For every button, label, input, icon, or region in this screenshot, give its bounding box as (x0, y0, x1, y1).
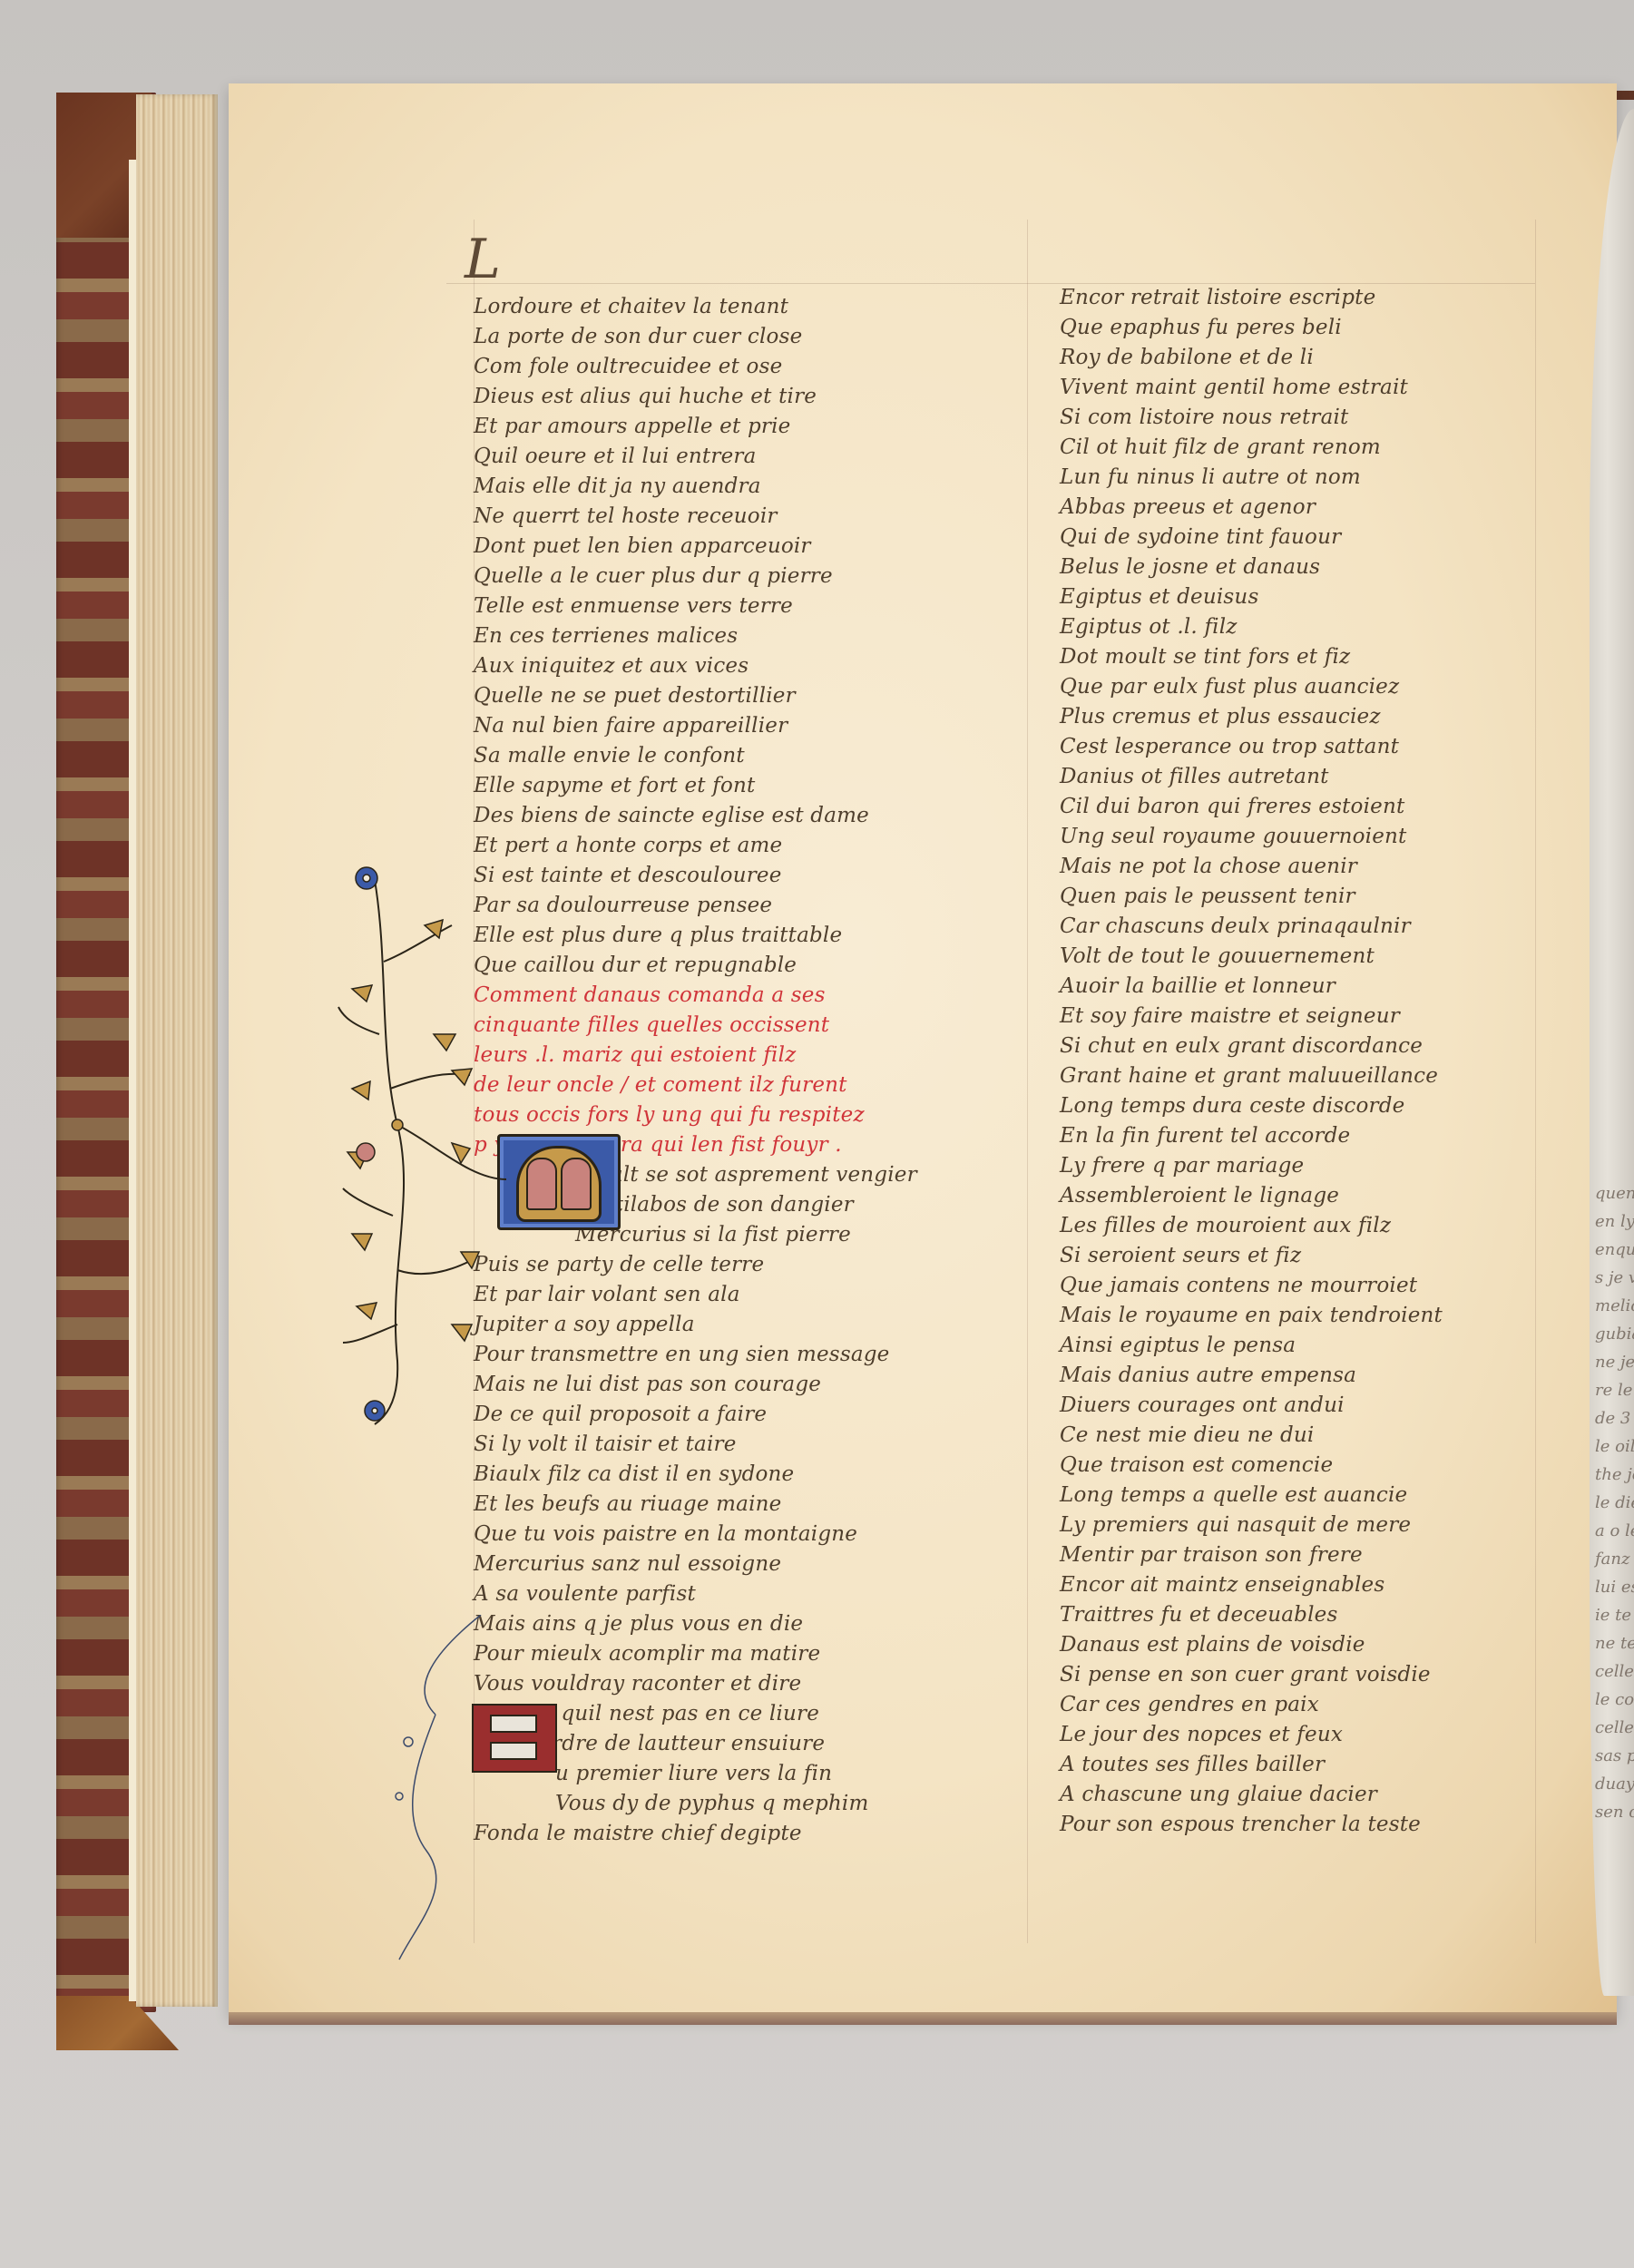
verse-line: Ly frere q par mariage (1060, 1151, 1443, 1181)
verse-line: Dont puet len bien apparceuoir (474, 532, 917, 562)
facing-page-line: re le proch (1595, 1376, 1634, 1404)
verse-line: En la fin furent tel accorde (1060, 1121, 1443, 1151)
verse-line: Des biens de saincte eglise est dame (474, 801, 917, 831)
verse-line: Biaulx filz ca dist il en sydone (474, 1460, 917, 1490)
verse-line: Que tu vois paistre en la montaigne (474, 1520, 917, 1549)
verse-line: Quen pais le peussent tenir (1060, 882, 1443, 912)
verse-line: Ly premiers qui nasquit de mere (1060, 1510, 1443, 1540)
verse-line: Qui de sydoine tint fauour (1060, 523, 1443, 552)
verse-line: Roy de babilone et de li (1060, 343, 1443, 373)
verse-line: Plus cremus et plus essauciez (1060, 702, 1443, 732)
page-stack-edges (136, 94, 218, 2007)
rubric-line: Comment danaus comanda a ses (474, 981, 917, 1011)
facing-page-text: quen ilen lyenquis as je vomelioiegubian… (1595, 1179, 1634, 1826)
initial-letter-L: L (465, 232, 501, 287)
verse-line: Mais ne lui dist pas son courage (474, 1370, 917, 1400)
verse-line: Mais le royaume en paix tendroient (1060, 1301, 1443, 1331)
verse-line: Mais ne pot la chose auenir (1060, 852, 1443, 882)
verse-line: Et soy faire maistre et seigneur (1060, 1002, 1443, 1031)
verse-line: Egiptus ot .l. filz (1060, 612, 1443, 642)
rubric-line: leurs .l. mariz qui estoient filz (474, 1041, 917, 1070)
rubric-line: tous occis fors ly ung qui fu respitez (474, 1100, 917, 1130)
verse-line: Que caillou dur et repugnable (474, 951, 917, 981)
facing-page-curl: quen ilen lyenquis as je vomelioiegubian… (1590, 109, 1634, 1996)
verse-line: Diuers courages ont andui (1060, 1391, 1443, 1421)
verse-block-before-rubric: Lordoure et chaitev la tenantLa porte de… (474, 292, 917, 981)
verse-line: Danaus est plains de voisdie (1060, 1630, 1443, 1660)
verse-line: Long temps dura ceste discorde (1060, 1091, 1443, 1121)
verse-line: Traittres fu et deceuables (1060, 1600, 1443, 1630)
verse-line: Que epaphus fu peres beli (1060, 313, 1443, 343)
verse-line: Les filles de mouroient aux filz (1060, 1211, 1443, 1241)
left-text-column: Lordoure et chaitev la tenantLa porte de… (474, 292, 917, 1849)
verse-line: De ce quil proposoit a faire (474, 1400, 917, 1430)
verse-line: Encor ait maintz enseignables (1060, 1570, 1443, 1600)
facing-page-line: ne je dona (1595, 1348, 1634, 1376)
verse-line: Le jour des nopces et feux (1060, 1720, 1443, 1750)
facing-page-line: quen il (1595, 1179, 1634, 1207)
verse-line: Fonda le maistre chief degipte (474, 1819, 917, 1849)
verse-line: Assembleroient le lignage (1060, 1181, 1443, 1211)
verse-line: Belus le josne et danaus (1060, 552, 1443, 582)
rubric-line: cinquante filles quelles occissent (474, 1011, 917, 1041)
verse-line: Aux iniquitez et aux vices (474, 651, 917, 681)
facing-page-line: enquis a (1595, 1236, 1634, 1264)
verse-line: Auoir la baillie et lonneur (1060, 972, 1443, 1002)
facing-page-line: duay m (1595, 1770, 1634, 1798)
verse-line: En ces terrienes malices (474, 621, 917, 651)
verse-line: Que traison est comencie (1060, 1451, 1443, 1481)
verse-line: Ung seul royaume gouuernoient (1060, 822, 1443, 852)
verse-line: Et par lair volant sen ala (474, 1280, 917, 1310)
verse-line: A chascune ung glaiue dacier (1060, 1780, 1443, 1810)
verse-line: A toutes ses filles bailler (1060, 1750, 1443, 1780)
page-bottom-edge (229, 2012, 1617, 2025)
facing-page-line: sen con (1595, 1798, 1634, 1826)
verse-line: Si est tainte et descoulouree (474, 861, 917, 891)
verse-line: Puis se party de celle terre (474, 1250, 917, 1280)
verse-line: Ainsi egiptus le pensa (1060, 1331, 1443, 1361)
facing-page-line: the jen com (1595, 1461, 1634, 1489)
initial-A-bar-bottom (490, 1742, 537, 1760)
verse-line: Vous vouldray raconter et dire (474, 1669, 917, 1699)
facing-page-line: gubia (1595, 1320, 1634, 1348)
verse-line: Pour son espous trencher la teste (1060, 1810, 1443, 1840)
ruling-line-center (1027, 220, 1028, 1943)
verse-line: Et les beufs au riuage maine (474, 1490, 917, 1520)
verse-line: Si seroient seurs et fiz (1060, 1241, 1443, 1271)
verse-line: La porte de son dur cuer close (474, 322, 917, 352)
verse-line: Na nul bien faire appareillier (474, 711, 917, 741)
verse-line: Mentir par traison son frere (1060, 1540, 1443, 1570)
verse-line: Pour transmettre en ung sien message (474, 1340, 917, 1370)
verse-line: Encor retrait listoire escripte (1060, 283, 1443, 313)
verse-line: Telle est enmuense vers terre (474, 591, 917, 621)
verse-line: Elle sapyme et fort et font (474, 771, 917, 801)
verse-line: Cil ot huit filz de grant renom (1060, 433, 1443, 463)
verse-line: Si chut en eulx grant discordance (1060, 1031, 1443, 1061)
verse-line: Vivent maint gentil home estrait (1060, 373, 1443, 403)
right-text-column: Encor retrait listoire escripteQue epaph… (1060, 283, 1443, 1840)
verse-line: Jupiter a soy appella (474, 1310, 917, 1340)
verse-line: Quelle a le cuer plus dur q pierre (474, 562, 917, 591)
facing-page-line: celle que (1595, 1657, 1634, 1686)
verse-line: Car chascuns deulx prinaqaulnir (1060, 912, 1443, 942)
verse-line: Dieus est alius qui huche et tire (474, 382, 917, 412)
verse-line: Ne querrt tel hoste receuoir (474, 502, 917, 532)
verse-line: Si pense en son cuer grant voisdie (1060, 1660, 1443, 1690)
initial-M-glyph (516, 1146, 602, 1222)
verse-line: Mais elle dit ja ny auendra (474, 472, 917, 502)
verse-line: Cest lesperance ou trop sattant (1060, 732, 1443, 762)
verse-line: Danius ot filles autretant (1060, 762, 1443, 792)
facing-page-line: de 3 mal a (1595, 1404, 1634, 1432)
verse-line: Sa malle envie le confont (474, 741, 917, 771)
verse-line: Lordoure et chaitev la tenant (474, 292, 917, 322)
facing-page-line: sas pas (1595, 1742, 1634, 1770)
pen-flourish-decoration (381, 1615, 490, 1978)
facing-page-line: ie te de p (1595, 1601, 1634, 1629)
verse-line: Mercurius sanz nul essoigne (474, 1549, 917, 1579)
verse-line: Que par eulx fust plus auanciez (1060, 672, 1443, 702)
verse-line: Dot moult se tint fors et fiz (1060, 642, 1443, 672)
verse-line: Long temps a quelle est auancie (1060, 1481, 1443, 1510)
verse-line: Que jamais contens ne mourroiet (1060, 1271, 1443, 1301)
verse-line: Vous dy de pyphus q mephim (474, 1789, 917, 1819)
initial-A-bar-top (490, 1715, 537, 1733)
verse-line: A sa voulente parfist (474, 1579, 917, 1609)
verse-block-after-rubric: Moult se sot asprement vengierDartilabos… (474, 1160, 917, 1759)
verse-line: Cil dui baron qui freres estoient (1060, 792, 1443, 822)
verse-line: Elle est plus dure q plus traittable (474, 921, 917, 951)
verse-line: Mais ains q je plus vous en die (474, 1609, 917, 1639)
verse-line: Quil oeure et il lui entrera (474, 442, 917, 472)
ruling-line-right (1535, 220, 1536, 1943)
verse-line: Mais danius autre empensa (1060, 1361, 1443, 1391)
marginal-vine-decoration (334, 853, 524, 1433)
verse-line: Si com listoire nous retrait (1060, 403, 1443, 433)
verse-line: Et par amours appelle et prie (474, 412, 917, 442)
facing-page-line: le comen (1595, 1686, 1634, 1714)
facing-page-line: fanz ane (1595, 1545, 1634, 1573)
rubric-line: de leur oncle / et coment ilz furent (474, 1070, 917, 1100)
verse-line: Et pert a honte corps et ame (474, 831, 917, 861)
verse-line: Abbas preeus et agenor (1060, 493, 1443, 523)
verse-line: Ce nest mie dieu ne dui (1060, 1421, 1443, 1451)
verse-line: Si ly volt il taisir et taire (474, 1430, 917, 1460)
facing-page-line: celle bien (1595, 1714, 1634, 1742)
facing-page-line: s je vo (1595, 1264, 1634, 1292)
verse-line: Com fole oultrecuidee et ose (474, 352, 917, 382)
facing-page-line: a o les bu (1595, 1517, 1634, 1545)
facing-page-line: melioie (1595, 1292, 1634, 1320)
facing-page-line: le oilsoer (1595, 1432, 1634, 1461)
verse-line: Pour mieulx acomplir ma matire (474, 1639, 917, 1669)
verse-line: Lun fu ninus li autre ot nom (1060, 463, 1443, 493)
facing-page-line: ne tel ma (1595, 1629, 1634, 1657)
verse-line: Egiptus et deuisus (1060, 582, 1443, 612)
verse-line: Par sa doulourreuse pensee (474, 891, 917, 921)
facing-page-line: lui est (1595, 1573, 1634, 1601)
verse-line: Car ces gendres en paix (1060, 1690, 1443, 1720)
verse-line: Grant haine et grant maluueillance (1060, 1061, 1443, 1091)
facing-page-line: le diese en (1595, 1489, 1634, 1517)
facing-page-line: en ly (1595, 1207, 1634, 1236)
verse-line: Quelle ne se puet destortillier (474, 681, 917, 711)
verse-line: Volt de tout le gouuernement (1060, 942, 1443, 972)
